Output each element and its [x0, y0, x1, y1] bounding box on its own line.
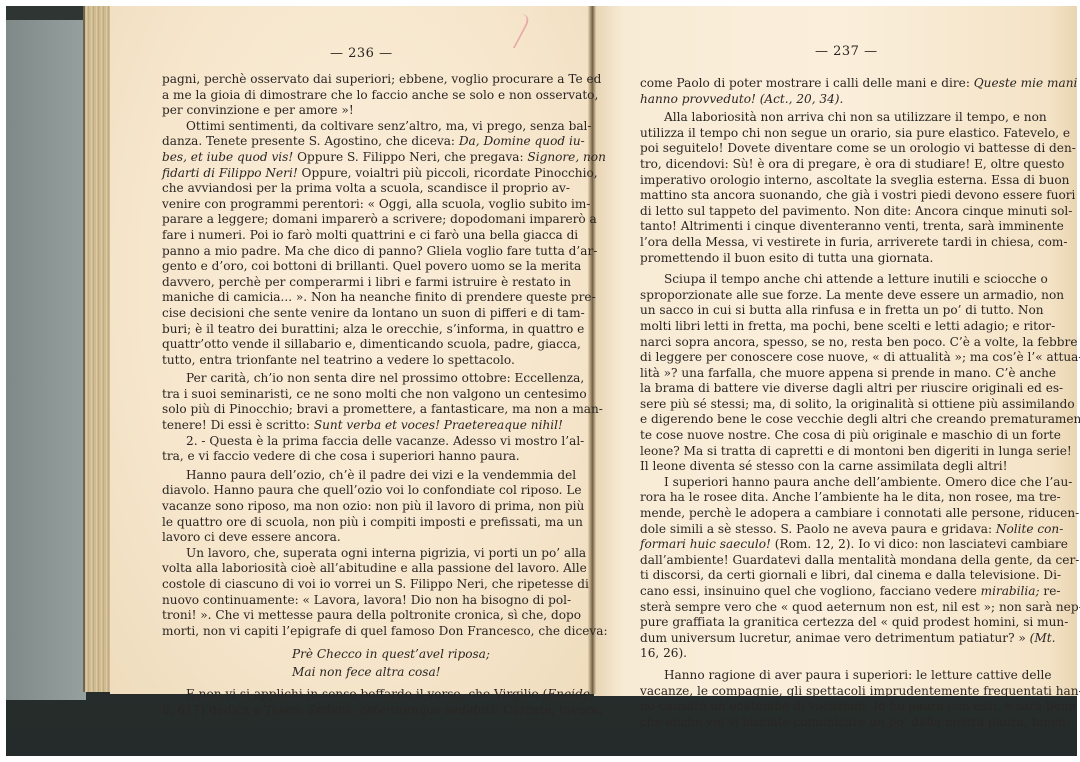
text-line: tenere! Di essi è scritto: Sunt verba et…: [162, 418, 567, 434]
epigraph-verse: Prè Checco in quest’avel riposa; Mai non…: [292, 645, 567, 681]
text-line: come Paolo di poter mostrare i calli del…: [640, 76, 1036, 92]
text-line: quattr’otto vende il sillabario e, dimen…: [162, 337, 567, 353]
text-line: le quattro ore di scuola, non più i comp…: [162, 515, 567, 531]
text-line: cano essi, insinuino quel che vogliono, …: [640, 584, 1036, 600]
text-line: lità »? una farfalla, che muore appena s…: [640, 366, 1036, 382]
text-line: narci sopra ancora, spesso, se no, resta…: [640, 335, 1036, 351]
right-page-number: — 237 —: [815, 44, 878, 59]
latin-quote: Sunt verba et voces! Praetereaque nihil!: [314, 418, 563, 432]
text-line: imperativo orologio interno, ascoltate l…: [640, 173, 1036, 189]
text-run: danza. Tenete presente S. Agostino, che …: [162, 134, 459, 148]
text-line: tra i suoi seminaristi, ce ne sono molti…: [162, 387, 567, 403]
text-line: te cose nuove nostre. Che cosa di più or…: [640, 428, 1036, 444]
latin-quote: bes, et iube quod vis!: [162, 150, 293, 164]
text-line: costole di ciascuno di voi io vorrei un …: [162, 577, 567, 593]
text-run: (Rom. 12, 2). Io vi dico: non lasciatevi…: [771, 537, 1068, 551]
book-spine: [588, 6, 596, 694]
text-run: cano essi, insinuino quel che vogliono, …: [640, 584, 981, 598]
verse-line: Prè Checco in quest’avel riposa;: [292, 645, 567, 663]
text-line: diavolo. Hanno paura che quell’ozio voi …: [162, 483, 567, 499]
text-line: pagni, perchè osservato dai superiori; e…: [162, 72, 567, 88]
text-line: formari huic saeculo! (Rom. 12, 2). Io v…: [640, 537, 1036, 553]
text-run: tenere! Di essi è scritto:: [162, 418, 314, 432]
text-line: fare i numeri. Poi io farò molti quattri…: [162, 228, 567, 244]
text-run: dum universum lucretur, animae vero detr…: [640, 631, 1030, 645]
text-line: venire con programmi perentori: « Oggi, …: [162, 197, 567, 213]
text-line: l’ora della Messa, vi vestirete in furia…: [640, 235, 1036, 251]
text-line: Sciupa il tempo anche chi attende a lett…: [640, 272, 1036, 288]
latin-quote: formari huic saeculo!: [640, 537, 771, 551]
text-line: buri; è il teatro dei burattini; alza le…: [162, 322, 567, 338]
page-edges: [83, 6, 113, 692]
text-line: sproporzionate alle sue forze. La mente …: [640, 288, 1036, 304]
text-line: volta alla laboriosità cioè all’abitudin…: [162, 561, 567, 577]
left-page-text: pagni, perchè osservato dai superiori; e…: [162, 72, 567, 719]
text-line: molti libri letti in fretta, ma pochi, b…: [640, 319, 1036, 335]
text-line: rora ha le rosee dita. Anche l’ambiente …: [640, 490, 1036, 506]
text-line: panno a mio padre. Ma che dico di panno?…: [162, 244, 567, 260]
text-run: 6, 617) dedica a Teseo:: [162, 703, 307, 717]
text-line: che anche voi vi lasciate comunicare un …: [640, 715, 1036, 731]
text-line: dum universum lucretur, animae vero detr…: [640, 631, 1036, 647]
text-line: Hanno paura dell’ozio, ch’è il padre dei…: [162, 468, 567, 484]
text-line: la brama di battere vie diverse dagli al…: [640, 381, 1036, 397]
text-line: I superiori hanno paura anche dell’ambie…: [640, 475, 1036, 491]
text-line: Ottimi sentimenti, da coltivare senz’alt…: [162, 119, 567, 135]
text-line: Il leone diventa sé stesso con la carne …: [640, 459, 1036, 475]
text-line: per convinzione e per amore »!: [162, 103, 567, 119]
text-line: 6, 617) dedica a Teseo: Sedens, aeternum…: [162, 703, 567, 719]
text-run: Cercate, invece,: [500, 703, 603, 717]
text-line: gento e d’oro, coi bottoni di brillanti.…: [162, 259, 567, 275]
text-run: re-: [1040, 584, 1061, 598]
text-line: che avviandosi per la prima volta a scuo…: [162, 181, 567, 197]
text-line: Hanno ragione di aver paura i superiori:…: [640, 668, 1036, 684]
text-line: tanto! Altrimenti i cinque diventeranno …: [640, 219, 1036, 235]
text-line: utilizza il tempo chi non segue un orari…: [640, 126, 1036, 142]
text-line: bes, et iube quod vis! Oppure S. Filippo…: [162, 150, 567, 166]
text-line: poi seguitelo! Dovete diventare come se …: [640, 141, 1036, 157]
italic-quote: hanno provveduto! (Act., 20, 34).: [640, 92, 843, 106]
text-line: vacanze sono riposo, ma non ozio: non pi…: [162, 499, 567, 515]
latin-quote: Da, Domine quod iu-: [459, 134, 585, 148]
text-line: promettendo il buon esito di tutta una g…: [640, 251, 1036, 267]
text-line: di letto sul tappeto del pavimento. Non …: [640, 204, 1036, 220]
text-line: fidarti di Filippo Neri! Oppure, voialtr…: [162, 166, 567, 182]
text-line: mende, perchè le adopera a cambiare i co…: [640, 506, 1036, 522]
text-line: pure graffiata la granitica certezza del…: [640, 615, 1036, 631]
latin-quote: Sedens, aeternumque sedebit!!: [307, 703, 499, 717]
text-line: parare a leggere; domani imparerò a scri…: [162, 212, 567, 228]
text-run: Oppure S. Filippo Neri, che pregava:: [293, 150, 527, 164]
text-line: davvero, perchè per comperarmi i libri e…: [162, 275, 567, 291]
left-page-number: — 236 —: [330, 46, 393, 61]
text-line: ti discorsi, da certi giornali e libri, …: [640, 568, 1036, 584]
text-line: e digerendo bene le cose vecchie degli a…: [640, 412, 1036, 428]
text-line: a me la gioia di dimostrare che lo facci…: [162, 88, 567, 104]
text-line: solo più di Pinocchio; bravi a prometter…: [162, 402, 567, 418]
text-line: 16, 26).: [640, 646, 1036, 662]
text-line: nuovo continuamente: « Lavora, lavora! D…: [162, 593, 567, 609]
text-line: sere più sé stessi; ma, di solito, la or…: [640, 397, 1036, 413]
text-line: leone? Ma si tratta di capretti e di mon…: [640, 444, 1036, 460]
text-line: hanno provveduto! (Act., 20, 34).: [640, 92, 1036, 108]
italic-quote: fidarti di Filippo Neri!: [162, 166, 298, 180]
work-title: Eneide,: [547, 687, 593, 701]
italic-quote: Queste mie mani: [974, 76, 1078, 90]
text-line: dole simili a sè stesso. S. Paolo ne ave…: [640, 522, 1036, 538]
text-line: un sacco in cui si butta alla rinfusa e …: [640, 303, 1036, 319]
text-line: tutto, entra trionfante nel teatrino a v…: [162, 353, 567, 369]
latin-quote: Nolite con-: [996, 522, 1063, 536]
text-line: lavoro ci deve essere ancora.: [162, 530, 567, 546]
citation: (Mt.: [1030, 631, 1056, 645]
text-line: morti, non vi capiti l’epigrafe di quel …: [162, 624, 567, 640]
text-line: maniche di camicia... ». Non ha neanche …: [162, 290, 567, 306]
text-line: dall’ambiente! Guardatevi dalla mentalit…: [640, 553, 1036, 569]
text-run: come Paolo di poter mostrare i calli del…: [640, 76, 974, 90]
text-line: troni! ». Che vi mettesse paura della po…: [162, 608, 567, 624]
text-line: sterà sempre vero che « quod aeternum no…: [640, 600, 1036, 616]
text-line: tro, dicendovi: Sù! è ora di pregare, è …: [640, 157, 1036, 173]
text-line: danza. Tenete presente S. Agostino, che …: [162, 134, 567, 150]
right-page-text: come Paolo di poter mostrare i calli del…: [640, 76, 1036, 730]
italic-quote: Signore, non: [527, 150, 605, 164]
scanner-bed: [6, 20, 86, 700]
text-line: no causato un’ecatombe di vocazioni. Io …: [640, 699, 1036, 715]
text-line: 2. - Questa è la prima faccia delle vaca…: [162, 434, 567, 450]
text-run: Oppure, voialtri più piccoli, ricordate …: [298, 166, 598, 180]
text-run: dole simili a sè stesso. S. Paolo ne ave…: [640, 522, 996, 536]
text-line: cise decisioni che sente venire da lonta…: [162, 306, 567, 322]
latin-quote: mirabilia;: [981, 584, 1040, 598]
text-line: tra, e vi faccio vedere di che cosa i su…: [162, 449, 567, 465]
text-line: vacanze, le compagnie, gli spettacoli im…: [640, 684, 1036, 700]
text-line: Alla laboriosità non arriva chi non sa u…: [640, 110, 1036, 126]
text-run: E non vi si applichi in senso beffardo i…: [186, 687, 547, 701]
text-line: Per carità, ch’io non senta dire nel pro…: [162, 371, 567, 387]
text-line: mattino sta ancora suonando, che già i v…: [640, 188, 1036, 204]
verse-line: Mai non fece altra cosa!: [292, 663, 567, 681]
text-line: Un lavoro, che, superata ogni interna pi…: [162, 546, 567, 562]
text-line: di leggere per conoscere cose nuove, « d…: [640, 350, 1036, 366]
text-line: E non vi si applichi in senso beffardo i…: [162, 687, 567, 703]
